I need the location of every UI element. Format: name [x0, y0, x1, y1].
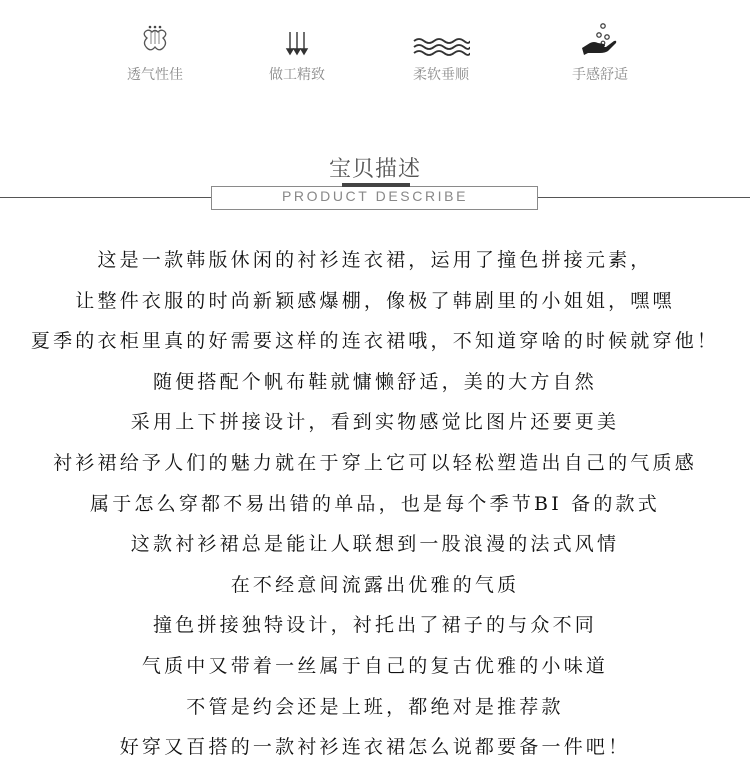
feature-comfort: 手感舒适 [540, 22, 660, 84]
description-line: 不管是约会还是上班，都绝对是推荐款 [0, 687, 750, 728]
feature-softness: 柔软垂顺 [381, 22, 501, 84]
description-line: 气质中又带着一丝属于自己的复古优雅的小味道 [0, 646, 750, 687]
description-line: 好穿又百搭的一款衬衫连衣裙怎么说都要备一件吧！ [0, 727, 750, 760]
feature-label: 手感舒适 [540, 64, 660, 84]
description-line: 随便搭配个帆布鞋就慵懒舒适，美的大方自然 [0, 362, 750, 403]
feature-label: 透气性佳 [95, 64, 215, 84]
hand-bubbles-icon [540, 22, 660, 58]
section-subtitle: PRODUCT DESCRIBE [0, 188, 750, 204]
title-accent-bar [342, 183, 410, 187]
description-line: 夏季的衣柜里真的好需要这样的连衣裙哦，不知道穿啥的时候就穿他！ [0, 321, 750, 362]
description-line: 属于怎么穿都不易出错的单品，也是每个季节BI 备的款式 [0, 484, 750, 525]
description-line: 衬衫裙给予人们的魅力就在于穿上它可以轻松塑造出自己的气质感 [0, 443, 750, 484]
section-title: 宝贝描述 [0, 152, 750, 183]
description-line: 这是一款韩版休闲的衬衫连衣裙，运用了撞色拼接元素， [0, 240, 750, 281]
breathable-cloud-icon [95, 22, 215, 58]
product-description: 这是一款韩版休闲的衬衫连衣裙，运用了撞色拼接元素， 让整件衣服的时尚新颖感爆棚，… [0, 240, 750, 760]
down-arrows-icon [237, 22, 357, 58]
description-line: 这款衬衫裙总是能让人联想到一股浪漫的法式风情 [0, 524, 750, 565]
feature-icons-row: 透气性佳 做工精致 柔软垂顺 [0, 0, 750, 110]
feature-label: 柔软垂顺 [381, 64, 501, 84]
waves-icon [381, 22, 501, 58]
description-line: 在不经意间流露出优雅的气质 [0, 565, 750, 606]
description-line: 撞色拼接独特设计，衬托出了裙子的与众不同 [0, 605, 750, 646]
feature-label: 做工精致 [237, 64, 357, 84]
feature-workmanship: 做工精致 [237, 22, 357, 84]
description-line: 让整件衣服的时尚新颖感爆棚，像极了韩剧里的小姐姐，嘿嘿 [0, 281, 750, 322]
section-header: 宝贝描述 PRODUCT DESCRIBE [0, 150, 750, 220]
description-line: 采用上下拼接设计，看到实物感觉比图片还要更美 [0, 402, 750, 443]
feature-breathable: 透气性佳 [95, 22, 215, 84]
